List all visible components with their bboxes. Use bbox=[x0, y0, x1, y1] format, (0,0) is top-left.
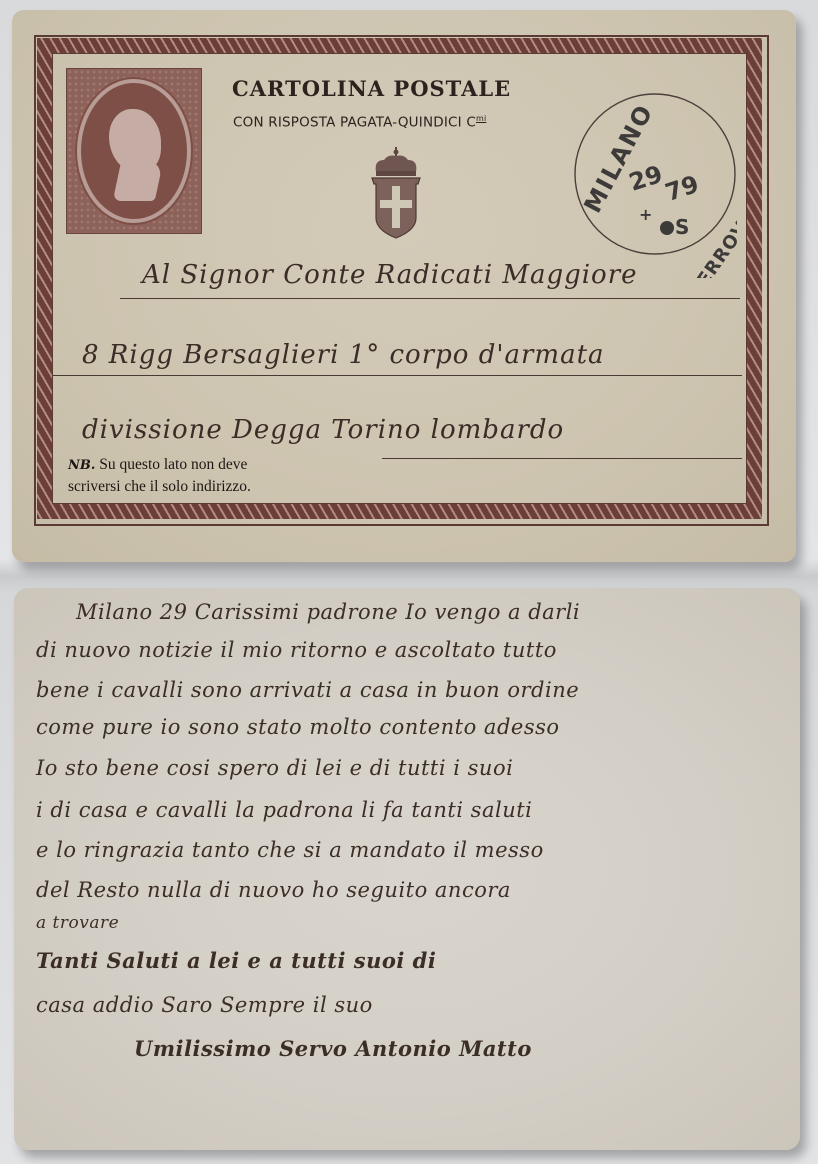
letter-line-5: Io sto bene cosi spero di lei e di tutti… bbox=[36, 756, 513, 780]
note-line-1: NB. Su questo lato non deve bbox=[68, 456, 247, 474]
address-rule-3 bbox=[382, 458, 742, 459]
postmark-year: 79 bbox=[662, 170, 702, 207]
letter-line-10: Tanti Saluti a lei e a tutti suoi di bbox=[36, 948, 436, 973]
subtitle-text: CON RISPOSTA PAGATA-QUINDICI C bbox=[233, 115, 476, 131]
card-title: CARTOLINA POSTALE bbox=[232, 76, 572, 101]
note-prefix: NB. bbox=[68, 458, 95, 473]
postcard-front: CARTOLINA POSTALE CON RISPOSTA PAGATA-QU… bbox=[12, 10, 796, 562]
postmark-ferrovia: FERROVIA bbox=[686, 199, 737, 278]
note-line-2: scriversi che il solo indirizzo. bbox=[68, 478, 251, 496]
letter-line-4: come pure io sono stato molto contento a… bbox=[36, 715, 560, 739]
letter-line-2: di nuovo notizie il mio ritorno e ascolt… bbox=[36, 638, 557, 662]
postmark-time: S bbox=[675, 215, 689, 239]
letter-line-8: del Resto nulla di nuovo ho seguito anco… bbox=[36, 878, 511, 902]
letter-line-6: i di casa e cavalli la padrona li fa tan… bbox=[36, 798, 532, 822]
savoy-crown-shield-icon bbox=[368, 144, 424, 244]
letter-line-7: e lo ringrazia tanto che si a mandato il… bbox=[36, 838, 544, 862]
postcard-back: Milano 29 Carissimi padrone Io vengo a d… bbox=[14, 588, 800, 1150]
letter-line-1: Milano 29 Carissimi padrone Io vengo a d… bbox=[76, 600, 580, 624]
stamp-oval bbox=[81, 83, 187, 219]
postmark-city: MILANO bbox=[578, 99, 659, 217]
address-line-2: 8 Rigg Bersaglieri 1° corpo d'armata bbox=[82, 340, 605, 370]
subtitle-sup: mi bbox=[476, 114, 486, 123]
address-line-3: divissione Degga Torino lombardo bbox=[82, 415, 564, 445]
stamp-king-profile-icon bbox=[66, 68, 202, 234]
letter-line-3: bene i cavalli sono arrivati a casa in b… bbox=[36, 678, 579, 702]
milano-postmark: MILANO 29 79 + S FERROVIA bbox=[557, 78, 737, 278]
letter-line-12: Umilissimo Servo Antonio Matto bbox=[134, 1036, 532, 1061]
address-line-1: Al Signor Conte Radicati Maggiore bbox=[142, 260, 638, 290]
note-text-1: Su questo lato non deve bbox=[99, 456, 247, 473]
address-rule-1 bbox=[120, 298, 740, 299]
address-rule-2 bbox=[52, 375, 742, 376]
card-subtitle: CON RISPOSTA PAGATA-QUINDICI Cmi bbox=[233, 114, 573, 131]
letter-line-9: a trovare bbox=[36, 913, 119, 933]
letter-line-11: casa addio Saro Sempre il suo bbox=[36, 993, 373, 1017]
postmark-day: 29 bbox=[626, 160, 666, 197]
postmark-cross: + bbox=[639, 205, 652, 224]
portrait-neck bbox=[113, 161, 164, 201]
